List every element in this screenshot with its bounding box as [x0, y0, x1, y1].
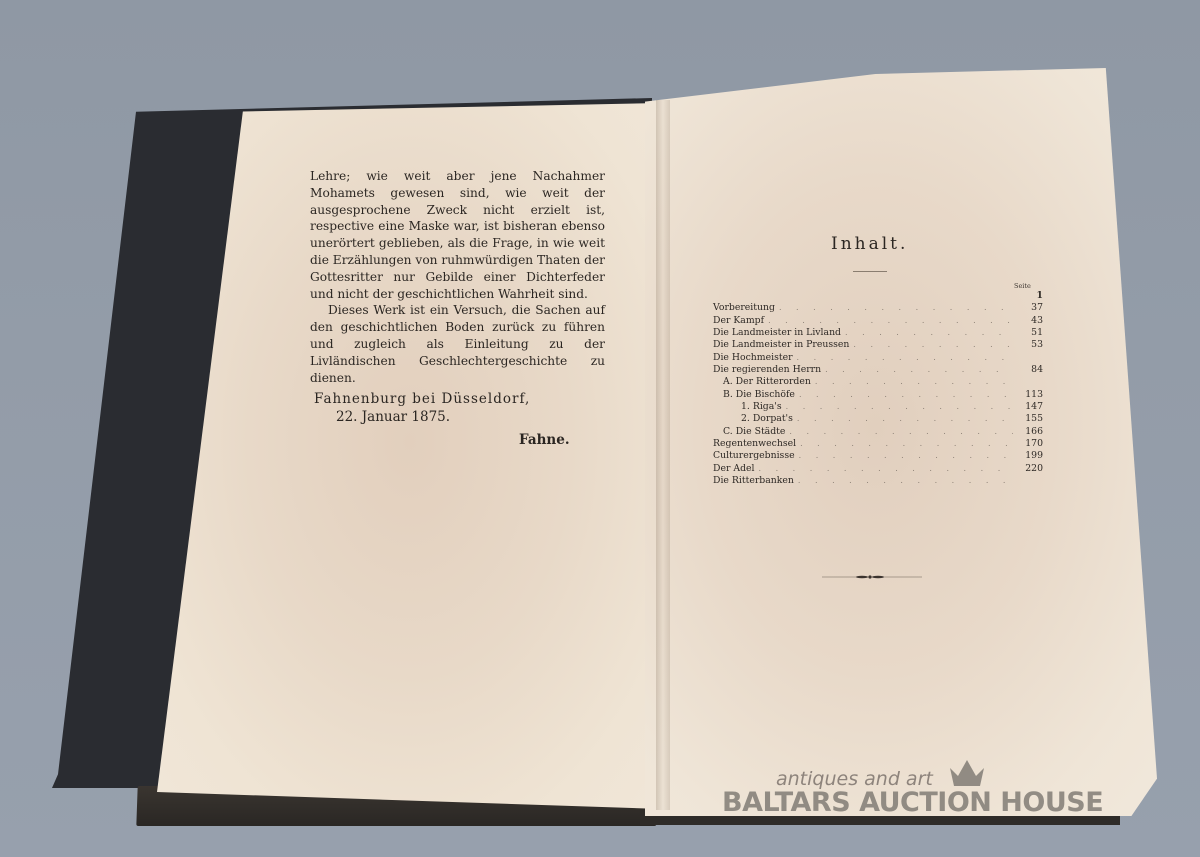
- toc-leader-dots: . . . . . . . . . . . . . . . . . . . . …: [797, 413, 1013, 425]
- toc-entry: Die regierenden Herrn. . . . . . . . . .…: [713, 364, 1043, 376]
- toc-entry: Die Hochmeister. . . . . . . . . . . . .…: [713, 352, 1043, 364]
- toc-entry-label: 1. Riga's: [713, 401, 786, 413]
- toc-entry-page: 113: [1013, 389, 1043, 401]
- photo-scene: Lehre; wie weit aber jene Nachahmer Moha…: [0, 0, 1200, 857]
- toc-leader-dots: . . . . . . . . . . . . . . . . . . . . …: [779, 302, 1013, 314]
- toc-entry-label: Der Adel: [713, 463, 759, 475]
- toc-leader-dots: . . . . . . . . . . . . . . . . . . . . …: [799, 450, 1013, 462]
- toc-entry-label: Die Landmeister in Livland: [713, 327, 845, 339]
- toc-entry: 2. Dorpat's. . . . . . . . . . . . . . .…: [713, 413, 1043, 425]
- toc-leader-dots: . . . . . . . . . . . . . . . . . . . . …: [798, 475, 1013, 487]
- toc-entry-label: A. Der Ritterorden: [713, 376, 815, 388]
- toc-entry: Die Landmeister in Preussen. . . . . . .…: [713, 339, 1043, 351]
- book-gutter: [656, 100, 670, 810]
- toc-entry: Der Adel. . . . . . . . . . . . . . . . …: [713, 463, 1043, 475]
- toc-title: Inhalt.: [831, 234, 908, 254]
- toc-entry: Die Ritterbanken. . . . . . . . . . . . …: [713, 475, 1043, 487]
- preface-paragraph-2: Dieses Werk ist ein Versuch, die Sachen …: [310, 302, 605, 386]
- table-of-contents: 1Vorbereitung. . . . . . . . . . . . . .…: [713, 290, 1043, 488]
- toc-entry: Die Landmeister in Livland. . . . . . . …: [713, 327, 1043, 339]
- crown-icon: [948, 758, 986, 788]
- toc-leader-dots: . . . . . . . . . . . . . . . . . . . . …: [815, 376, 1013, 388]
- toc-entry: A. Der Ritterorden. . . . . . . . . . . …: [713, 376, 1043, 388]
- toc-page-header: Seite: [1014, 282, 1031, 290]
- toc-entry-page: 147: [1013, 401, 1043, 413]
- toc-entry-page: 1: [1013, 290, 1043, 302]
- preface-text: Lehre; wie weit aber jene Nachahmer Moha…: [310, 168, 605, 386]
- toc-entry-label: Die Hochmeister: [713, 352, 797, 364]
- toc-leader-dots: . . . . . . . . . . . . . . . . . . . . …: [759, 463, 1014, 475]
- preface-place: Fahnenburg bei Düsseldorf,: [314, 391, 530, 407]
- toc-entry-label: B. Die Bischöfe: [713, 389, 799, 401]
- toc-entry-label: C. Die Städte: [713, 426, 789, 438]
- toc-leader-dots: . . . . . . . . . . . . . . . . . . . . …: [853, 339, 1013, 351]
- toc-entry: C. Die Städte. . . . . . . . . . . . . .…: [713, 426, 1043, 438]
- preface-signature: Fahne.: [519, 432, 570, 448]
- toc-entry: Der Kampf. . . . . . . . . . . . . . . .…: [713, 315, 1043, 327]
- toc-entry-page: 51: [1013, 327, 1043, 339]
- preface-paragraph-1: Lehre; wie weit aber jene Nachahmer Moha…: [310, 168, 605, 302]
- toc-entry-page: 166: [1013, 426, 1043, 438]
- toc-entry-page: 220: [1013, 463, 1043, 475]
- toc-entry: Regentenwechsel. . . . . . . . . . . . .…: [713, 438, 1043, 450]
- toc-leader-dots: . . . . . . . . . . . . . . . . . . . . …: [845, 327, 1013, 339]
- toc-entry-label: Regentenwechsel: [713, 438, 800, 450]
- toc-leader-dots: . . . . . . . . . . . . . . . . . . . . …: [825, 364, 1013, 376]
- toc-entry-label: Die regierenden Herrn: [713, 364, 825, 376]
- toc-entry-page: 84: [1013, 364, 1043, 376]
- toc-entry-label: Der Kampf: [713, 315, 768, 327]
- toc-entry-label: Vorbereitung: [713, 302, 779, 314]
- toc-leader-dots: . . . . . . . . . . . . . . . . . . . . …: [799, 389, 1013, 401]
- toc-entry-label: Die Ritterbanken: [713, 475, 798, 487]
- toc-leader-dots: . . . . . . . . . . . . . . . . . . . . …: [789, 426, 1013, 438]
- toc-entry-page: 53: [1013, 339, 1043, 351]
- toc-leader-dots: . . . . . . . . . . . . . . . . . . . . …: [768, 315, 1013, 327]
- toc-entry: Vorbereitung. . . . . . . . . . . . . . …: [713, 302, 1043, 314]
- watermark-name: BALTARS AUCTION HOUSE: [722, 787, 1103, 818]
- toc-entry-page: 170: [1013, 438, 1043, 450]
- preface-date: 22. Januar 1875.: [336, 409, 450, 425]
- toc-leader-dots: . . . . . . . . . . . . . . . . . . . . …: [797, 352, 1013, 364]
- toc-entry-label: 2. Dorpat's: [713, 413, 797, 425]
- toc-leader-dots: . . . . . . . . . . . . . . . . . . . . …: [800, 438, 1013, 450]
- toc-entry: 1. Riga's. . . . . . . . . . . . . . . .…: [713, 401, 1043, 413]
- toc-entry: B. Die Bischöfe. . . . . . . . . . . . .…: [713, 389, 1043, 401]
- toc-entry: 1: [713, 290, 1043, 302]
- toc-entry: Culturergebnisse. . . . . . . . . . . . …: [713, 450, 1043, 462]
- toc-entry-page: 43: [1013, 315, 1043, 327]
- toc-leader-dots: . . . . . . . . . . . . . . . . . . . . …: [786, 401, 1013, 413]
- ornament-divider: [822, 575, 922, 579]
- toc-entry-page: 155: [1013, 413, 1043, 425]
- toc-entry-label: Culturergebnisse: [713, 450, 799, 462]
- toc-entry-label: Die Landmeister in Preussen: [713, 339, 853, 351]
- toc-divider: [853, 271, 887, 272]
- toc-entry-page: 37: [1013, 302, 1043, 314]
- toc-entry-page: 199: [1013, 450, 1043, 462]
